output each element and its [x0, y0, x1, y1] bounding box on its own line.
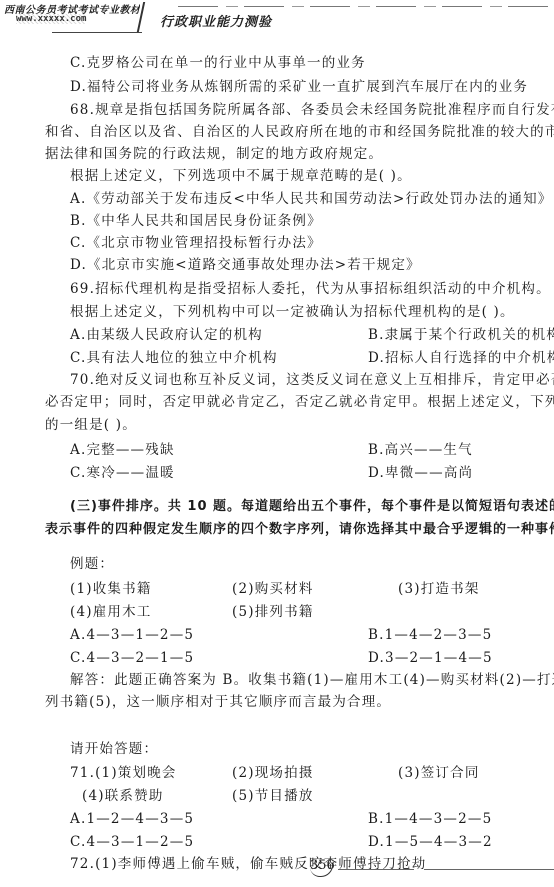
- q70-option-a: A.完整——残缺: [70, 441, 175, 459]
- q70-stem-2: 必否定甲；同时，否定甲就必肯定乙，否定乙就必肯定甲。根据上述定义，下列属于绝对反: [45, 393, 554, 411]
- q68-option-c: C.《北京市物业管理招投标暂行办法》: [70, 234, 322, 252]
- q69-question: 根据上述定义，下列机构中可以一定被确认为招标代理机构的是( )。: [70, 303, 515, 321]
- q67-option-c: C.克罗格公司在单一的行业中从事单一的业务: [70, 54, 366, 72]
- q69-option-c: C.具有法人地位的独立中介机构: [70, 349, 278, 367]
- start-label: 请开始答题：: [70, 740, 158, 758]
- example-event-3: (3)打造书架: [398, 580, 480, 598]
- page-number-swirl-icon: [310, 864, 333, 877]
- q68-option-b: B.《中华人民共和国居民身份证条例》: [70, 212, 322, 230]
- example-option-b: B.1—4—2—3—5: [368, 626, 492, 644]
- header-rule: [52, 32, 142, 33]
- q70-stem-3: 的一组是( )。: [45, 416, 137, 434]
- q71-event-1: 71.(1)策划晚会: [70, 764, 177, 782]
- q70-option-c: C.寒冷——温暖: [70, 464, 175, 482]
- q71-event-3: (3)签订合同: [398, 764, 480, 782]
- publisher-url: www.xxxxx.com: [16, 14, 86, 24]
- q69-option-b: B.隶属于某个行政机关的机构: [368, 326, 554, 344]
- q71-option-a: A.1—2—4—3—5: [70, 810, 194, 828]
- q68-stem-1: 68.规章是指包括国务院所属各部、各委员会未经国务院批准程序而自行发布的行政: [70, 101, 554, 119]
- q68-stem-3: 据法律和国务院的行政法规，制定的地方政府规定。: [45, 145, 383, 163]
- example-event-4: (4)雇用木工: [70, 603, 152, 621]
- q70-option-d: D.卑微——高尚: [368, 464, 473, 482]
- example-event-2: (2)购买材料: [232, 580, 314, 598]
- q71-option-d: D.1—5—4—3—2: [368, 833, 493, 851]
- q68-option-a: A.《劳动部关于发布违反<中华人民共和国劳动法>行政处罚办法的通知》: [70, 190, 552, 208]
- example-label: 例题：: [70, 555, 114, 573]
- footer-rule-left: [338, 869, 414, 870]
- example-option-c: C.4—3—2—1—5: [70, 649, 194, 667]
- q71-event-5: (5)节目播放: [232, 787, 314, 805]
- q71-option-b: B.1—4—3—2—5: [368, 810, 492, 828]
- example-option-d: D.3—2—1—4—5: [368, 649, 493, 667]
- section3-heading-1: (三)事件排序。共 10 题。每道题给出五个事件，每个事件是以简短语句表述的，接…: [70, 498, 554, 516]
- q70-option-b: B.高兴——生气: [368, 441, 473, 459]
- q69-stem: 69.招标代理机构是指受招标人委托，代为从事招标组织活动的中介机构。: [70, 280, 551, 298]
- q67-option-d: D.福特公司将业务从炼钢所需的采矿业一直扩展到汽车展厅在内的业务: [70, 78, 528, 96]
- example-answer-1: 解答：此题正确答案为 B。收集书籍(1)—雇用木工(4)—购买材料(2)—打造书…: [70, 671, 554, 689]
- q72-event-1: 72.(1)李师傅遇上偷车贼，偷车贼反咬李师傅持刀抢劫: [70, 855, 427, 873]
- q68-option-d: D.《北京市实施<道路交通事故处理办法>若干规定》: [70, 256, 421, 274]
- q68-stem-2: 和省、自治区以及省、自治区的人民政府所在地的市和经国务院批准的较大的市的人民政: [45, 123, 554, 141]
- book-title: 行政职业能力测验: [160, 11, 272, 30]
- example-event-1: (1)收集书籍: [70, 580, 152, 598]
- q68-question: 根据上述定义，下列选项中不属于规章范畴的是( )。: [70, 167, 412, 185]
- example-event-5: (5)排列书籍: [232, 603, 314, 621]
- footer-rule-right: [424, 869, 554, 870]
- example-option-a: A.4—3—1—2—5: [70, 626, 194, 644]
- section3-heading-2: 表示事件的四种假定发生顺序的四个数字序列，请你选择其中最合乎逻辑的一种事件顺序: [45, 521, 554, 539]
- example-answer-2: 列书籍(5)，这一顺序相对于其它顺序而言最为合理。: [45, 693, 391, 711]
- header-top-rule: [178, 6, 554, 7]
- q69-option-d: D.招标人自行选择的中介机构: [368, 349, 554, 367]
- q71-option-c: C.4—3—1—2—5: [70, 833, 194, 851]
- q71-event-4: (4)联系赞助: [82, 787, 164, 805]
- publisher-logo: 西南公务员考试考试专业教材 www.xxxxx.com: [0, 0, 140, 30]
- q70-stem-1: 70.绝对反义词也称互补反义词，这类反义词在意义上互相排斥，肯定甲必否定乙，肯: [70, 371, 554, 389]
- q71-event-2: (2)现场拍摄: [232, 764, 314, 782]
- q69-option-a: A.由某级人民政府认定的机构: [70, 326, 263, 344]
